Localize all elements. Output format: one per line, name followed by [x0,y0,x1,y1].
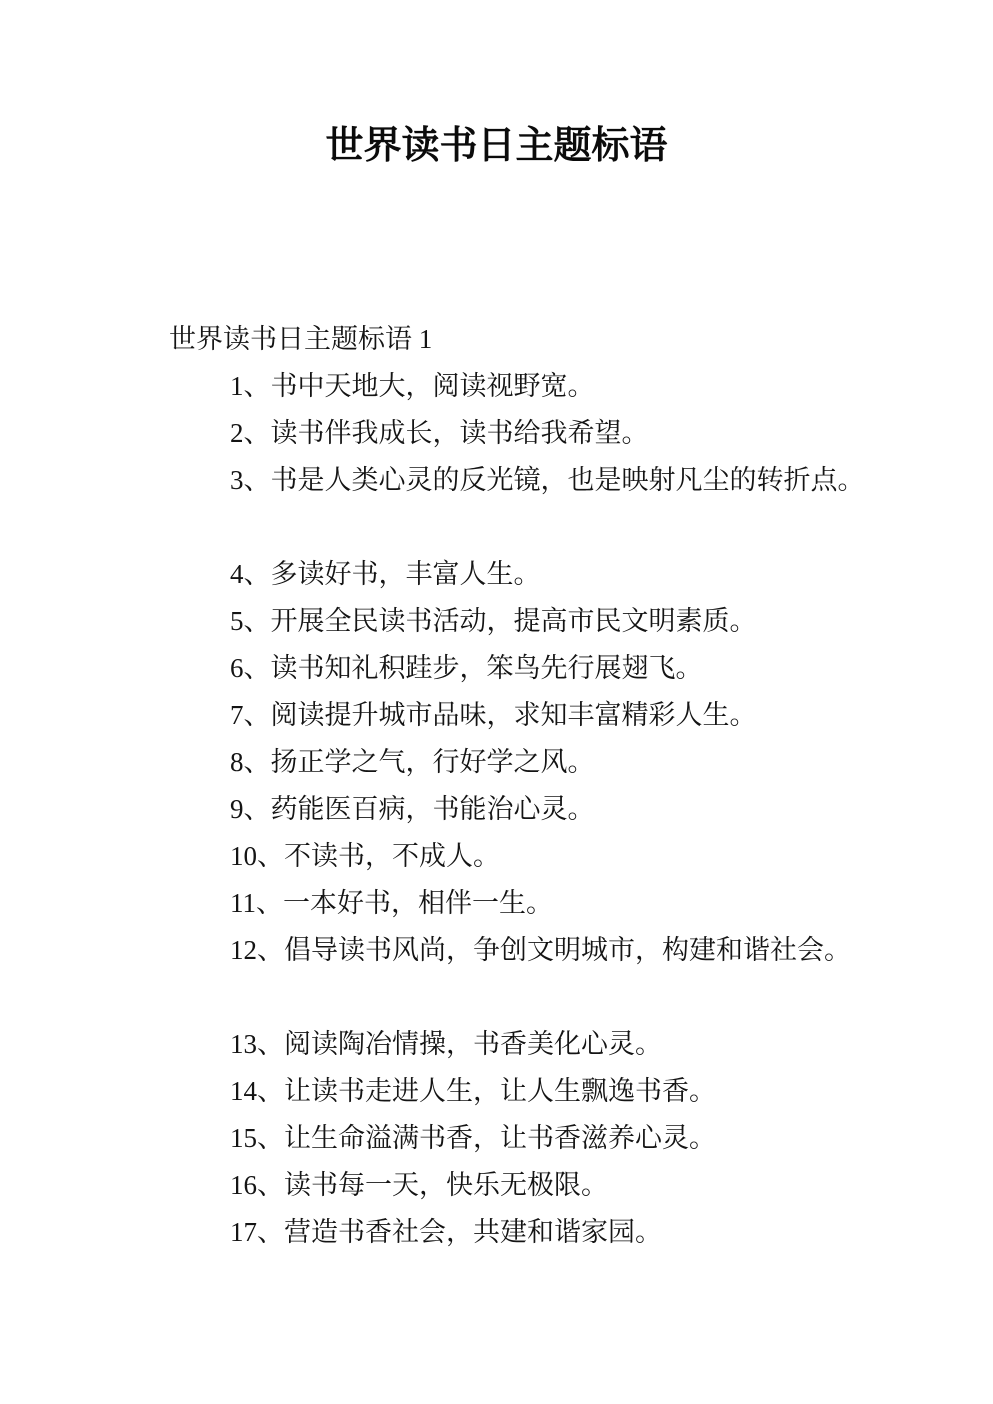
blank-line [169,974,913,1021]
slogan-item: 5、开展全民读书活动，提高市民文明素质。 [230,598,913,645]
slogan-item: 11、一本好书，相伴一生。 [230,880,913,927]
slogan-item: 15、让生命溢满书香，让书香滋养心灵。 [230,1115,913,1162]
slogan-item: 7、阅读提升城市品味，求知丰富精彩人生。 [230,692,913,739]
slogan-item: 8、扬正学之气，行好学之风。 [230,739,913,786]
slogan-item: 10、不读书，不成人。 [230,833,913,880]
slogan-item: 2、读书伴我成长，读书给我希望。 [230,410,913,457]
blank-line [169,504,913,551]
slogan-list: 1、书中天地大，阅读视野宽。2、读书伴我成长，读书给我希望。3、书是人类心灵的反… [169,363,913,1256]
slogan-item: 12、倡导读书风尚，争创文明城市，构建和谐社会。 [230,927,913,974]
page-title: 世界读书日主题标语 [0,0,993,170]
slogan-item: 9、药能医百病，书能治心灵。 [230,786,913,833]
slogan-item: 4、多读好书，丰富人生。 [230,551,913,598]
slogan-item: 6、读书知礼积跬步，笨鸟先行展翅飞。 [230,645,913,692]
slogan-item: 1、书中天地大，阅读视野宽。 [230,363,913,410]
slogan-item: 14、让读书走进人生，让人生飘逸书香。 [230,1068,913,1115]
slogan-item: 13、阅读陶冶情操，书香美化心灵。 [230,1021,913,1068]
document-body: 世界读书日主题标语 1 1、书中天地大，阅读视野宽。2、读书伴我成长，读书给我希… [169,316,913,1256]
slogan-item: 16、读书每一天，快乐无极限。 [230,1162,913,1209]
document-page: 世界读书日主题标语 世界读书日主题标语 1 1、书中天地大，阅读视野宽。2、读书… [0,0,993,1404]
slogan-item: 3、书是人类心灵的反光镜，也是映射凡尘的转折点。 [230,457,913,504]
section-heading: 世界读书日主题标语 1 [169,316,913,363]
slogan-item: 17、营造书香社会，共建和谐家园。 [230,1209,913,1256]
